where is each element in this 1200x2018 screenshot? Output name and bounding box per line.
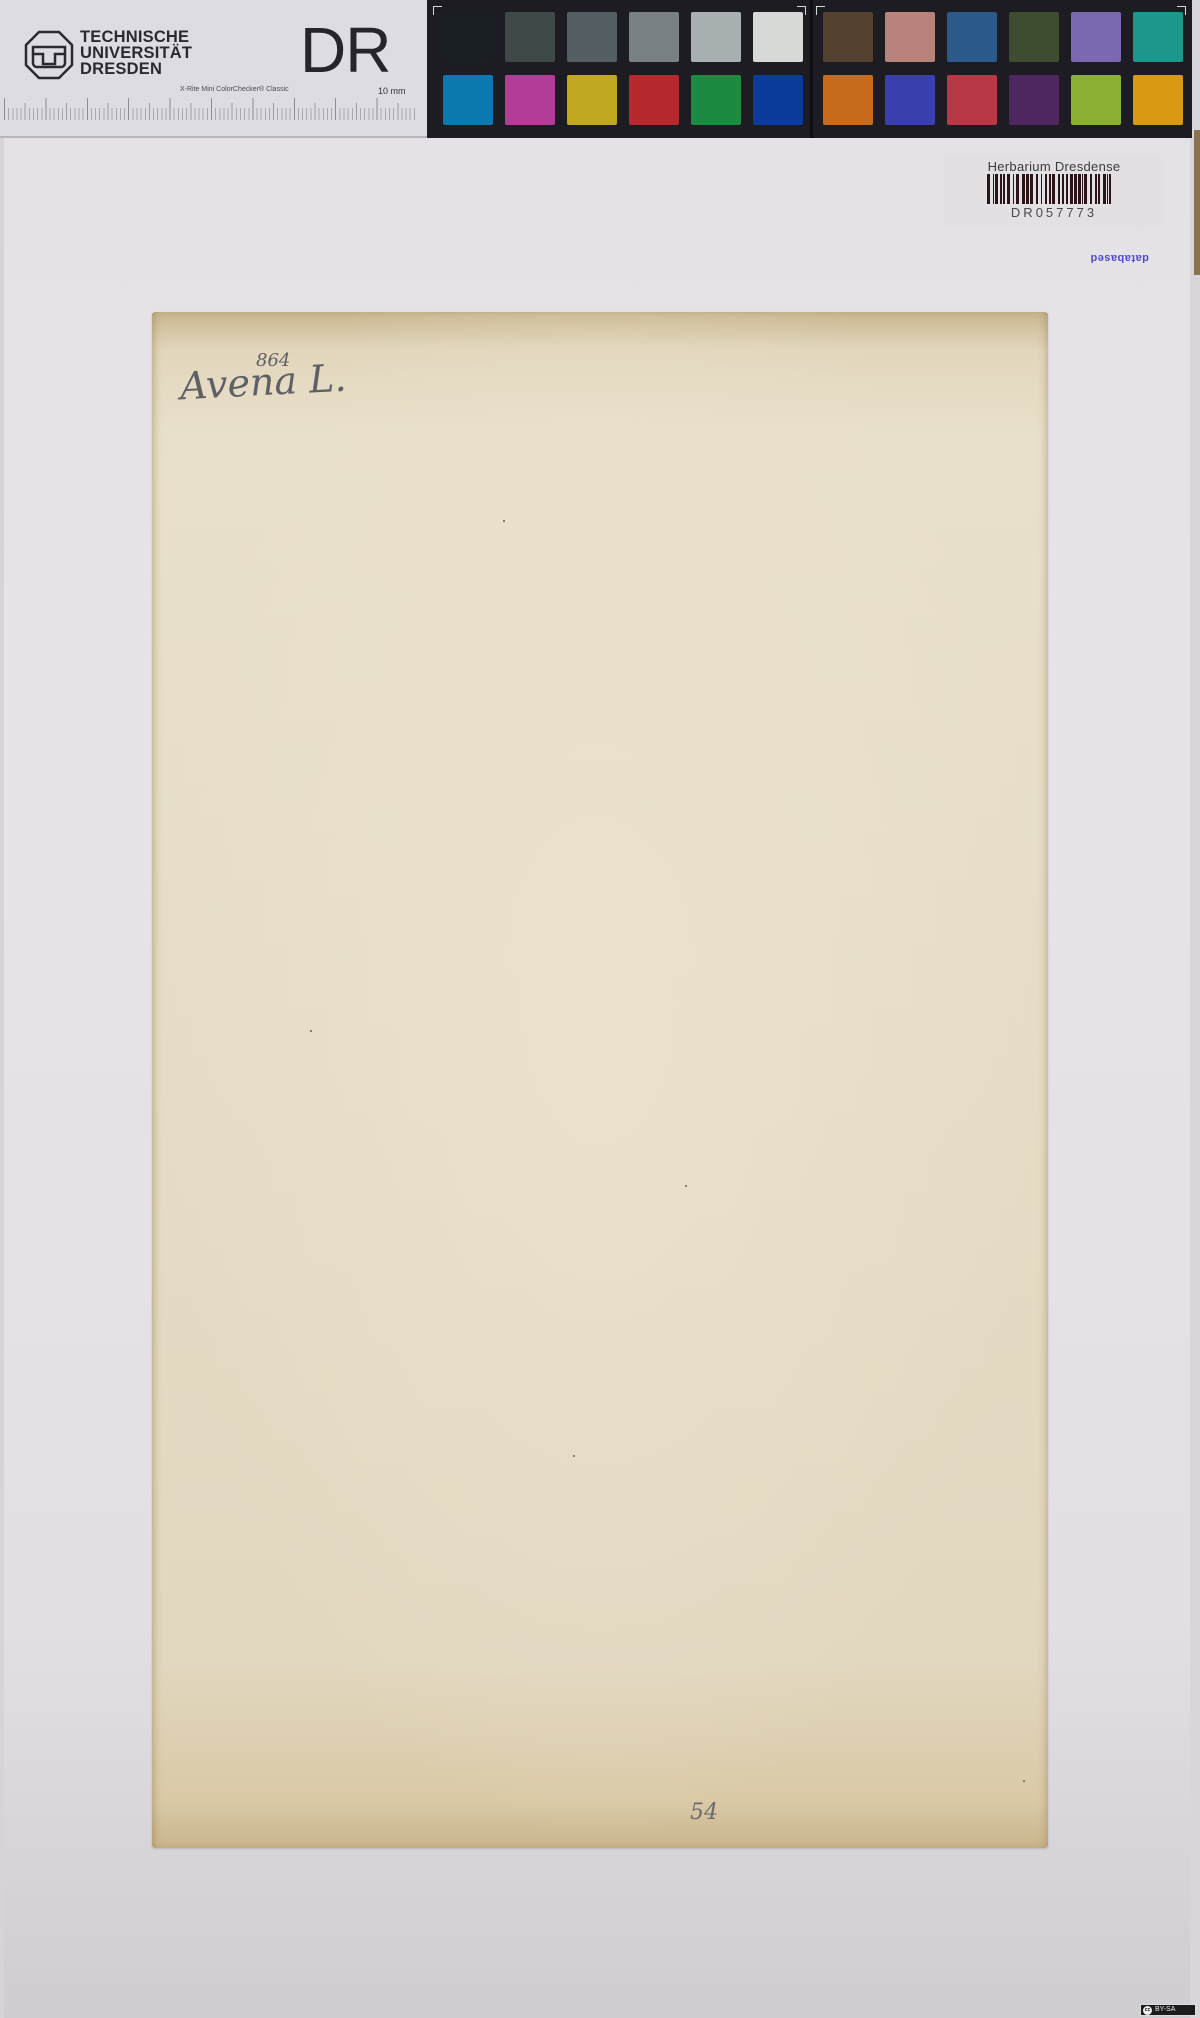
barcode-icon (987, 174, 1113, 204)
page-number: 54 (690, 1800, 718, 1825)
annotation-genus: Avena L. (179, 356, 347, 409)
specimen-sheet (152, 312, 1048, 1848)
barcode-label: Herbarium Dresdense DR057773 (943, 155, 1165, 227)
color-patch (505, 75, 555, 125)
color-patch (567, 12, 617, 62)
institution-ruler-card: TECHNISCHE UNIVERSITÄT DRESDEN DR X-Rite… (0, 0, 428, 138)
paper-speck (1023, 1780, 1025, 1782)
color-patch (1133, 12, 1183, 62)
color-checker (427, 0, 1192, 138)
background-edge-left (0, 0, 4, 2018)
license-badge: cc BY-SA (1140, 2004, 1196, 2016)
paper-speck (503, 520, 505, 522)
color-checker-right-block (813, 8, 1193, 138)
barcode-title: Herbarium Dresdense (943, 159, 1165, 174)
university-name: TECHNISCHE UNIVERSITÄT DRESDEN (80, 29, 192, 77)
color-patch (1133, 75, 1183, 125)
color-patch (885, 75, 935, 125)
paper-speck (310, 1030, 312, 1032)
color-patch (947, 75, 997, 125)
color-patch (1009, 12, 1059, 62)
color-patch (443, 75, 493, 125)
color-patch (505, 12, 555, 62)
color-patch (823, 12, 873, 62)
herbarium-code: DR (300, 18, 390, 82)
catalog-number: DR057773 (943, 205, 1165, 220)
color-target-label: X-Rite Mini ColorChecker® Classic (180, 86, 289, 93)
color-patch (443, 12, 493, 62)
university-name-line-3: DRESDEN (80, 61, 192, 77)
scale-label: 10 mm (378, 86, 406, 96)
color-patch (1071, 75, 1121, 125)
license-label: BY-SA (1155, 2004, 1175, 2016)
color-checker-left-block (433, 8, 813, 138)
paper-speck (573, 1455, 575, 1457)
color-patch (1009, 75, 1059, 125)
university-name-line-2: UNIVERSITÄT (80, 45, 192, 61)
color-patch (629, 12, 679, 62)
color-patch (691, 12, 741, 62)
creative-commons-icon: cc (1143, 2006, 1152, 2015)
color-patch (947, 12, 997, 62)
color-patch (753, 75, 803, 125)
color-patch (823, 75, 873, 125)
color-patch (691, 75, 741, 125)
cardboard-edge (1194, 130, 1200, 275)
color-patch (1071, 12, 1121, 62)
color-patch (885, 12, 935, 62)
color-patch (629, 75, 679, 125)
university-name-line-1: TECHNISCHE (80, 29, 192, 45)
paper-speck (685, 1185, 687, 1187)
ruler-scale (4, 98, 416, 120)
tu-dresden-logo-icon (24, 30, 74, 80)
color-patch (753, 12, 803, 62)
background-edge-right (1190, 0, 1200, 2018)
databased-stamp: databased (1090, 252, 1149, 264)
color-patch (567, 75, 617, 125)
